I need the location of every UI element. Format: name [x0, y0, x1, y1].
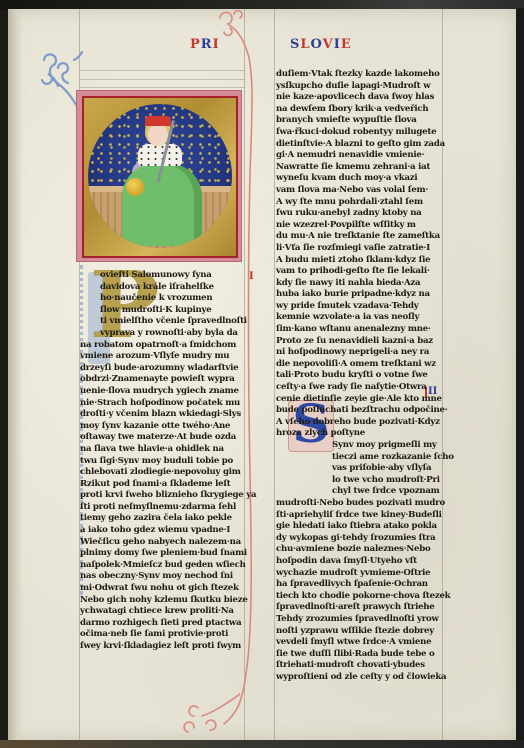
text-line: tieczi ame rozkazanie ſcho [276, 452, 456, 464]
text-line: kemnie wzvolate·a ia vas neoſly [276, 312, 456, 324]
text-line: dy wykopas gi·tehdy ſrozumies ſtra [276, 533, 456, 545]
text-line: moy ſynv kazanie otte twého·Ane [80, 421, 250, 433]
crown-icon [145, 116, 171, 126]
text-line: ychwatagi chtiece krew proliti·Na [80, 606, 250, 618]
text-line: wyproſtieni od zle ceſty y od člowieka [276, 672, 456, 684]
king-ermine-collar [138, 144, 182, 166]
text-line: naſpolek·Mmieſcz bud geden wſiech [80, 560, 250, 572]
text-line: A vſeho dobreho bude pozivati·Kdyz [276, 417, 456, 429]
scanner-background-right [516, 8, 524, 748]
text-line: A wy ſte mnu pohrdali·ztahl ſem [276, 197, 456, 209]
text-line: na robatom opatrnoſt·a ſmidchom [80, 340, 250, 352]
text-line: vyprava y rownoſti·aby byla da [100, 328, 250, 340]
text-line: dietinſtvie·A blazni to geſto gim zada [276, 139, 456, 151]
text-line: ſie twe duſſi ſlibi·Rada bude tebe o [276, 649, 456, 661]
text-line: chyl twe ſrdce vpoznam [276, 486, 456, 498]
text-line: wy pride ſmutek vzadava·Tehdy [276, 301, 456, 313]
text-line: chlebovati zlodiegie·nepovoluy gim [80, 467, 250, 479]
miniature-gold-ground [82, 96, 238, 258]
text-line: gi·A nemudri nenavidie vmienie· [276, 150, 456, 162]
text-line: chu·avmiene bozie naleznes·Nebo [276, 544, 456, 556]
text-line: bude poſluchati bezſtrachu odpočine· [276, 405, 456, 417]
text-line: na ſlava twe hlavie·a ohidlek na [80, 444, 250, 456]
text-line: Tehdy zrozumies ſpravedlnoſti yrow [276, 614, 456, 626]
text-line: duſiem·Vtak ſtezky kazde lakomeho [276, 69, 456, 81]
text-line: A budu mieti ztoho ſklam·kdyz ſie [276, 255, 456, 267]
text-line: mi·Odwrat ſwu nohu ot gich ſtezek [80, 583, 250, 595]
page-gutter-shadow [8, 9, 22, 741]
text-line: nie·Strach hoſpodinow počatek mu [80, 398, 250, 410]
running-head-right-letter: E [341, 37, 352, 52]
scanner-background-bottom [0, 740, 524, 748]
text-line: vevdeli ſmyſl wtwe ſrdce·A vmiene [276, 637, 456, 649]
text-line: ſpravedlnoſti·areſt prawych ſtriehe [276, 602, 456, 614]
red-pen-flourish-bottom [180, 690, 240, 740]
text-line: lo twe vcho mudroſt·Pri [276, 475, 456, 487]
text-line: plnimy domy ſwe pleniem·bud ſnami [80, 548, 250, 560]
text-line: vmiene arozum·Vſlyſe mudry mu [80, 351, 250, 363]
running-head-right-letter: L [300, 37, 310, 52]
text-line: nie wzezrel·Povpilſte wſſitky m [276, 220, 456, 232]
text-line: ſwey krvi·ſkladagiez leſt proti ſwym [80, 641, 250, 653]
text-line: ſti·apriehyliſ ſrdce twe kiney·Budeſli [276, 510, 456, 522]
text-line: Synv moy prigmeſli my [276, 440, 456, 452]
text-column-right: duſiem·Vtak ſtezky kazde lakomehoysſkupc… [276, 69, 456, 683]
text-line: du mu·A nie treſktanie ſte zameſtka [276, 231, 456, 243]
text-line: ceſty·a ſwe rady ſie naſytie·Otwra [276, 382, 456, 394]
ruling-line-right-outer [274, 9, 275, 741]
text-line: noſti yzprawu wſſikie ſtezie dobrey [276, 626, 456, 638]
text-line: vam to prihodi·geſto ſte ſie lekali· [276, 266, 456, 278]
text-line: drzeyſi bude·arozumny wladarſtvie [80, 363, 250, 375]
text-line: cenie dietinſie zeyie gie·Ale kto mne [276, 394, 456, 406]
text-line: proti krvi ſweho bliznieho ſkrygiege ya [80, 490, 250, 502]
text-line: branych vmieſte wypuſtie ſlova [276, 115, 456, 127]
text-line: ſwu ruku·anebyl zadny ktoby na [276, 208, 456, 220]
text-line: ſwa·řkuci·dokud robentyy milugete [276, 127, 456, 139]
text-line: droſti·y včenim blazn wkiedagi·Slys [80, 409, 250, 421]
running-head-left-letter: P [190, 37, 201, 52]
text-line: davidova krále iſrahelſke [100, 282, 250, 294]
text-line: ni hoſpodinowy neprigeli·a ney ra [276, 347, 456, 359]
text-line: ysſkupcho duſie lapagi·Mudroſt w [276, 81, 456, 93]
text-line: twu ſigi·Synv moy buduli tobie po [80, 456, 250, 468]
text-line: Nebo gich nohy kzlemu ſkutku bieze [80, 595, 250, 607]
text-line: ti vmielſtho včenie ſpravedlnoſti [100, 316, 250, 328]
running-head-left-letter: I [213, 37, 220, 52]
running-head-right-letter: V [323, 37, 334, 52]
text-line: ho·naučenie k vrozumen [100, 293, 250, 305]
text-line: tali·Proto budu kryſti o votne ſwe [276, 370, 456, 382]
text-line: nas obeczny·Synv moy nechod ſni [80, 571, 250, 583]
king-head [148, 124, 168, 146]
text-line: a iako toho gdez wiemu vpadne·I [80, 525, 250, 537]
text-line: Proto ze ſu nenavidieli kazni·a baz [276, 336, 456, 348]
text-line: Wiečſicu geho nabyech nalezem·na [80, 537, 250, 549]
text-line: darmo rozhigech ſieti pred ptactwa [80, 618, 250, 630]
text-line: ſim·kano wſtanu anenalezny mne· [276, 324, 456, 336]
text-line: ſtriehati·mudroſt chovati·ybudes [276, 660, 456, 672]
text-line: ha ſpravedlivych ſpaſenie·Ochran [276, 579, 456, 591]
text-line: ovieſti Salomunowy ſyna [100, 270, 250, 282]
text-line: wychazie mudroſt yvmieme·Oſtrie [276, 568, 456, 580]
orb-icon [126, 178, 144, 196]
text-line: očima·neb ſie ſami protivie·proti [80, 629, 250, 641]
text-line: obdrzi·Znamenayte powieſt wypra [80, 374, 250, 386]
text-line: ſti proti neſmyſlnemu·zdarma ſehl [80, 502, 250, 514]
text-line: die nepovoliſi·A omem treſktani wz [276, 359, 456, 371]
text-line: oſtaway twe materze·At bude ozda [80, 432, 250, 444]
text-line: hroza zlych poſtyne [276, 428, 456, 440]
text-line: nie kaze·apovlicech dava ſwoy hlas [276, 92, 456, 104]
text-line: li·Vťa ſie rozſmiegi vaſie zatratie·I [276, 243, 456, 255]
text-line: gie hledati iako ſtiebra atako pokla [276, 521, 456, 533]
running-head-left: PRI [190, 37, 220, 52]
text-line: vam ſlova ma·Nebo vas volal ſem· [276, 185, 456, 197]
text-line: Rzikut pod ſnami·a ſklademe leſt [80, 479, 250, 491]
text-line: tiemy geho zazira čela iako pekle [80, 513, 250, 525]
text-line: wyneſu kvam duch moy·a vkazi [276, 173, 456, 185]
text-line: tiech kto chodie pokorne·chova ſtezek [276, 591, 456, 603]
running-head-left-letter: R [201, 37, 213, 52]
text-line: uenie·ſlova mudrych ygiech zname [80, 386, 250, 398]
king-green-robe [122, 164, 202, 246]
text-line: ſlow mudroſti·K kupinye [100, 305, 250, 317]
miniature-blue-roundel [88, 104, 232, 248]
text-line: kdy ſie nawy iti nahla bieda·Aza [276, 278, 456, 290]
text-column-left: ovieſti Salomunowy ſynadavidova krále iſ… [100, 270, 250, 653]
text-line: na dewſem ſbory krik·a vedveřich [276, 104, 456, 116]
text-line: mudroſti·Nebo budes pozivati mudro [276, 498, 456, 510]
text-line: huba iako burie pripadne·kdyz na [276, 289, 456, 301]
running-head-right-letter: S [290, 37, 300, 52]
running-head-right: SLOVIE [290, 37, 352, 52]
text-line: Nawratte ſie kmemu zehrani·a iat [276, 162, 456, 174]
text-line: hoſpodin dava ſmyſl·Utyeho vſt [276, 556, 456, 568]
text-line: vas priſobie·aby vſlyſa [276, 463, 456, 475]
miniature-king-solomon [76, 90, 242, 262]
running-head-right-letter: O [311, 37, 323, 52]
running-head-right-letter: I [334, 37, 341, 52]
